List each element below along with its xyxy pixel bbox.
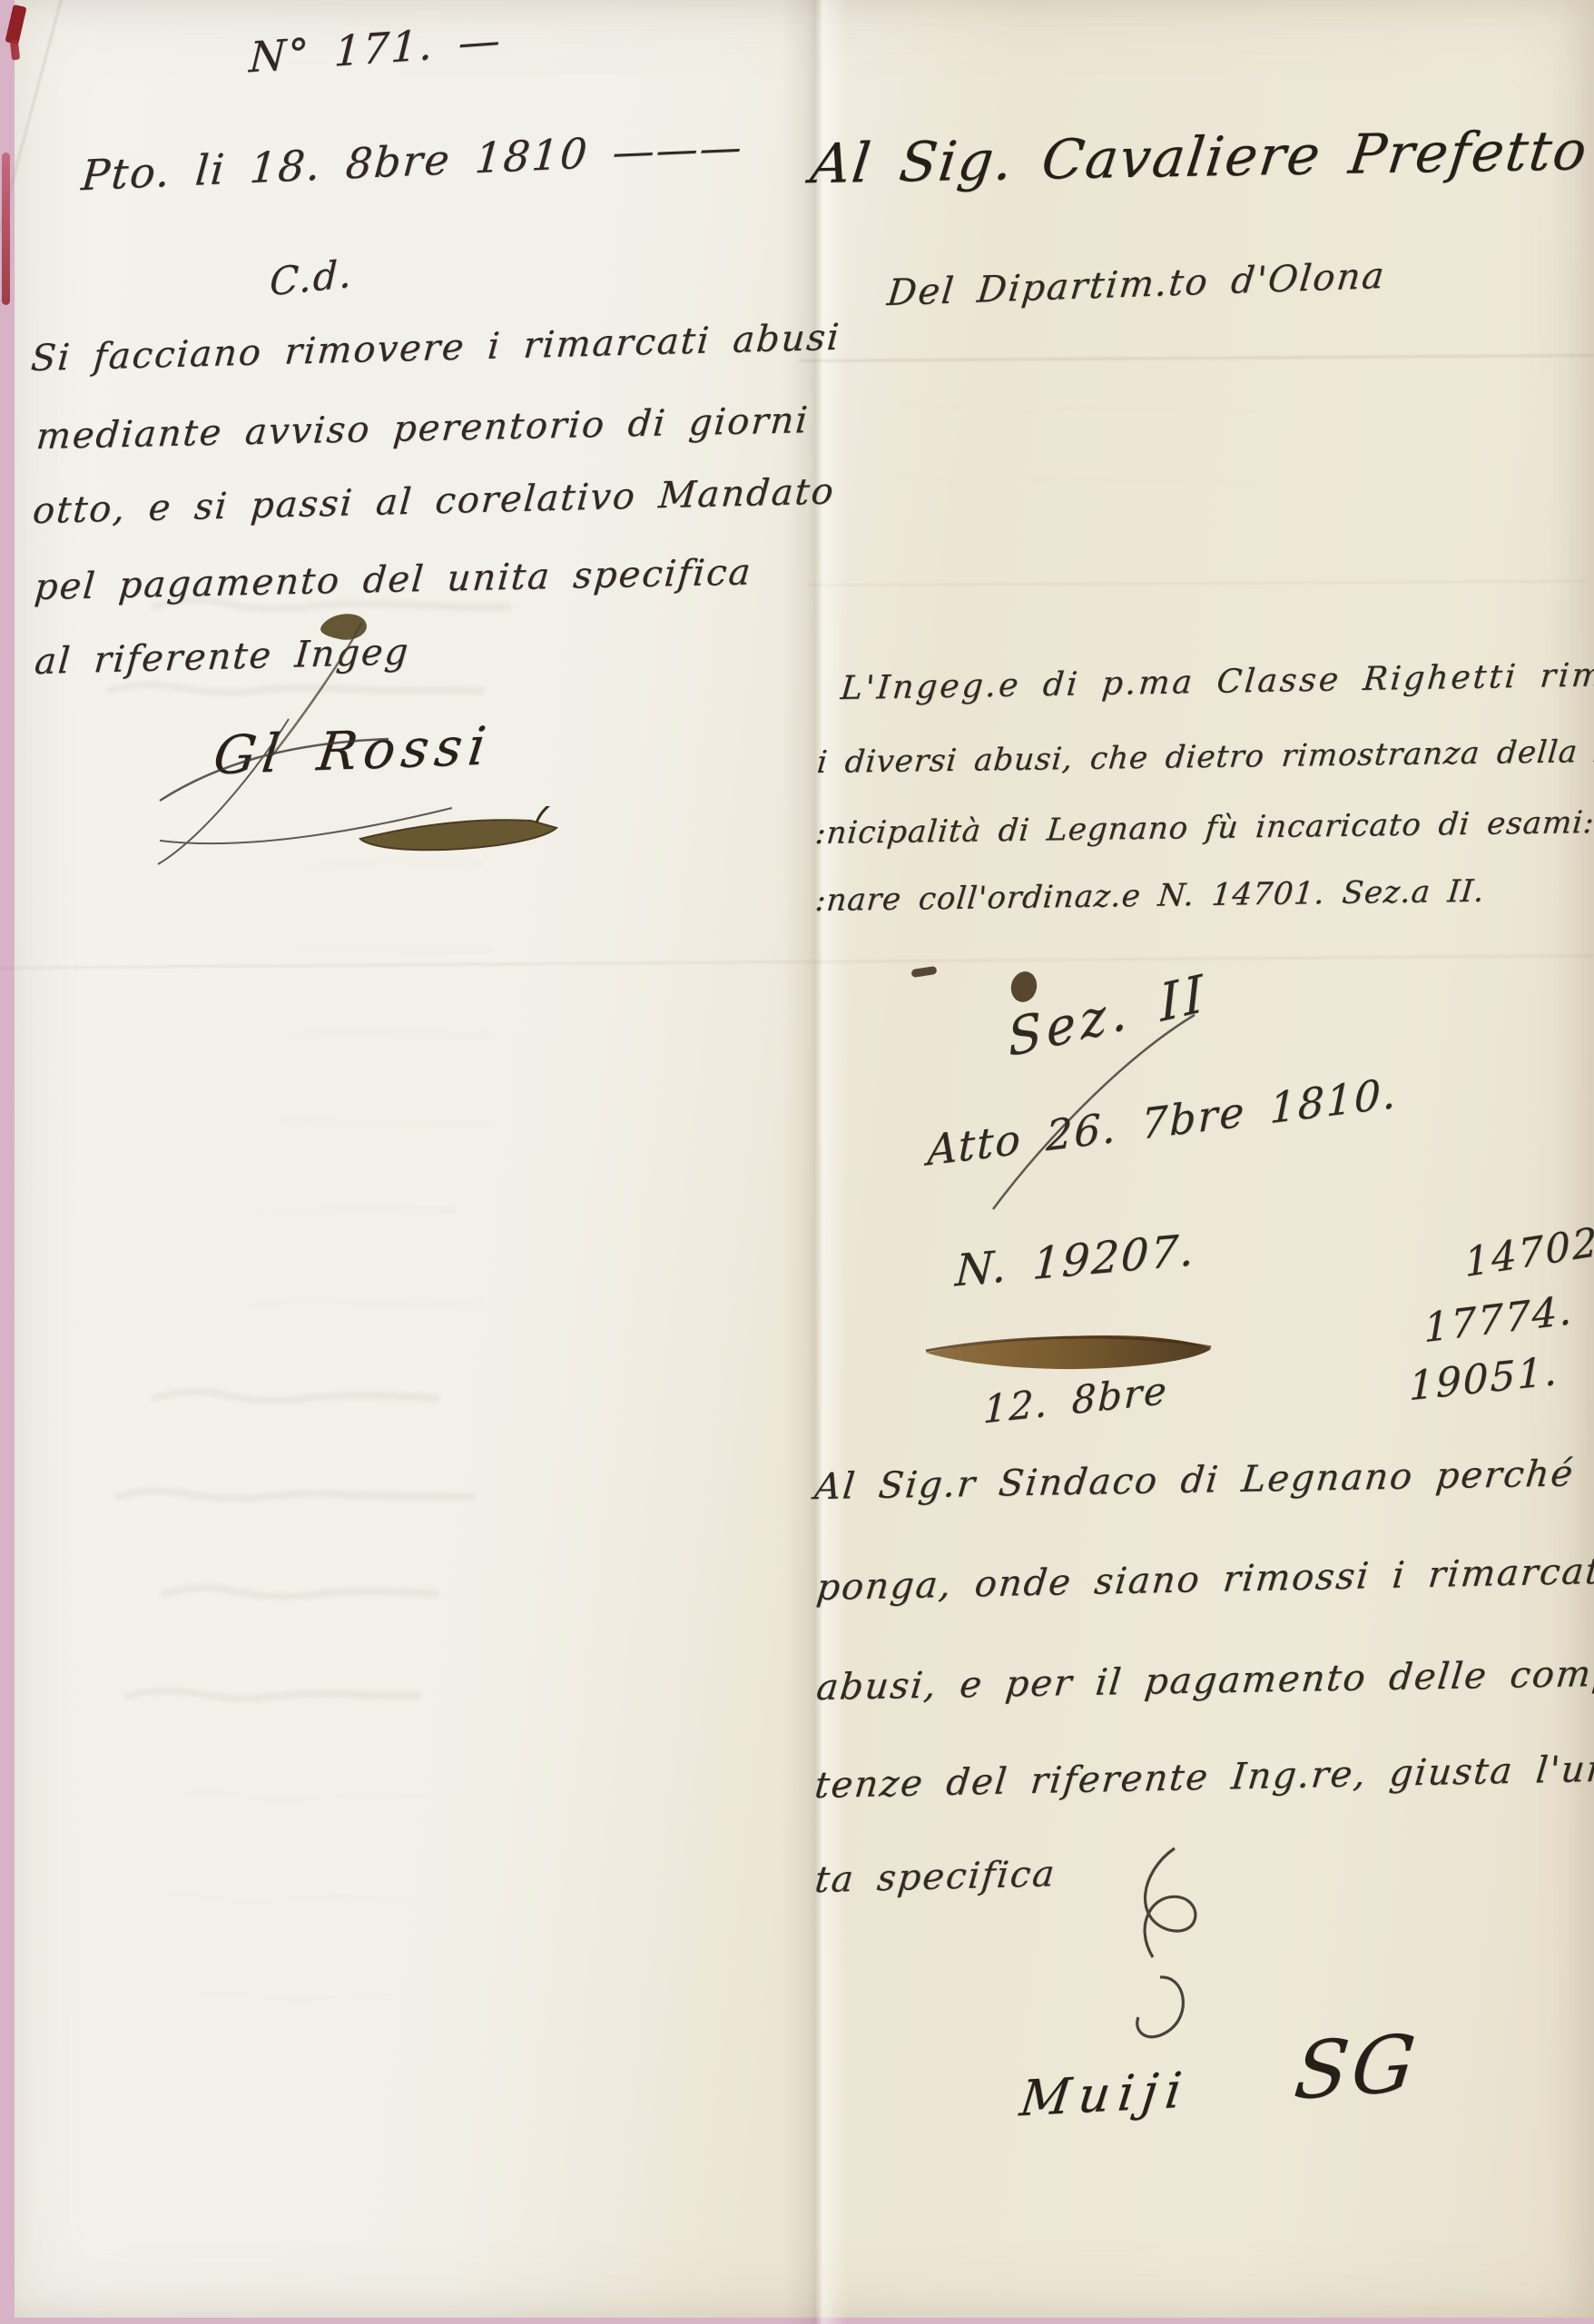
closing-signature-name: Muiji <box>1017 2061 1193 2127</box>
rossi-flourish <box>153 714 552 895</box>
clerk-initials: C.d. <box>269 251 353 304</box>
page-scan: { "left_note": { "number": "N° 171. —", … <box>0 0 1594 2324</box>
rossi-signature-blot <box>359 806 567 859</box>
protocol-underline-blot <box>924 1325 1215 1374</box>
order-line-5: ta specifica <box>813 1853 1058 1901</box>
closing-signature-initials: SG <box>1290 2018 1422 2118</box>
ingeg-flourish-blot <box>309 603 418 657</box>
specifica-flourish <box>1097 1841 1233 2059</box>
